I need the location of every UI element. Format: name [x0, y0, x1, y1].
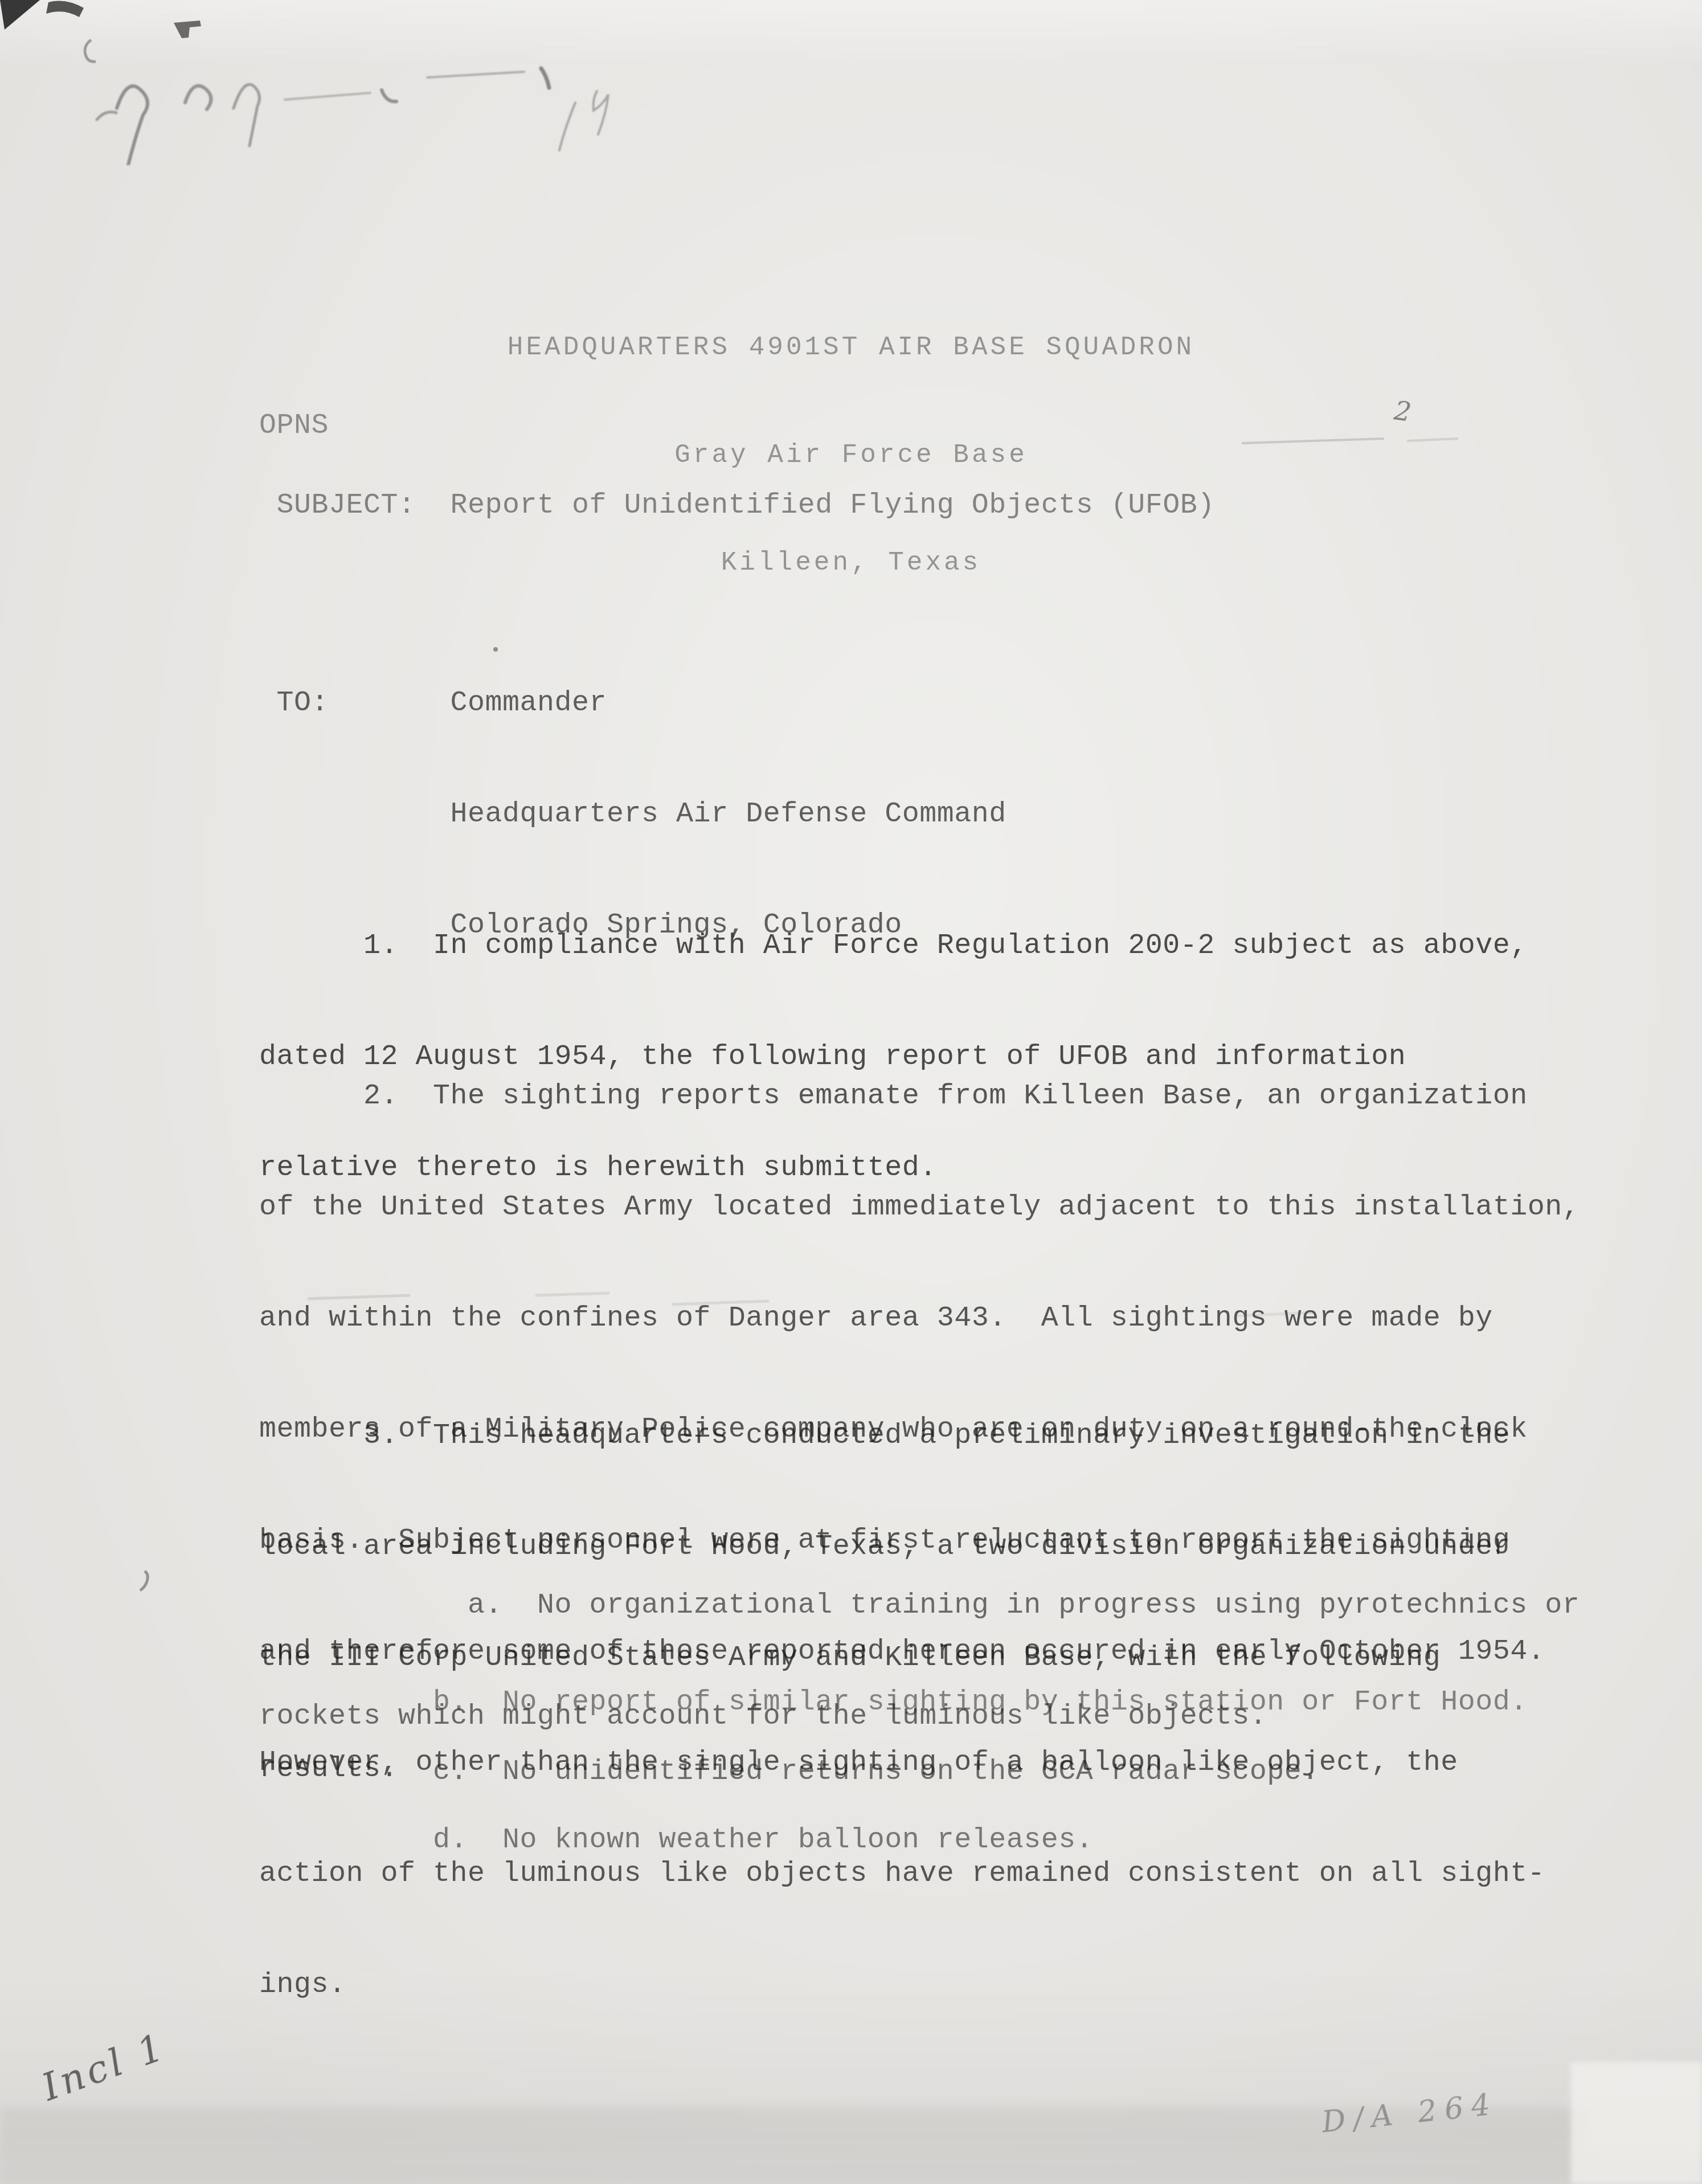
paragraph-2-line: 2. The sighting reports emanate from Kil…: [259, 1078, 1580, 1115]
letterhead-location: Killeen, Texas: [23, 545, 1679, 582]
paragraph-2-line: of the United States Army located immedi…: [259, 1189, 1580, 1226]
subject-line: SUBJECT: Report of Unidentified Flying O…: [259, 487, 1215, 524]
paragraph-2-line: and within the confines of Danger area 3…: [259, 1300, 1580, 1337]
paragraph-3-line: 3. This headquarters conducted a prelimi…: [259, 1417, 1510, 1454]
letterhead-unit: HEADQUARTERS 4901ST AIR BASE SQUADRON: [23, 330, 1679, 367]
office-symbol: OPNS: [259, 407, 329, 444]
subitem-d: d. No known weather balloon releases.: [259, 1748, 1093, 1933]
stray-comma-mark: [137, 1567, 154, 1595]
subitem-d-line: d. No known weather balloon releases.: [259, 1822, 1093, 1859]
scan-shadow-band-lower: [0, 2149, 1702, 2184]
pencil-scribble-icon: [63, 23, 632, 165]
letterhead: HEADQUARTERS 4901ST AIR BASE SQUADRON Gr…: [23, 259, 1679, 653]
paragraph-1-line: 1. In compliance with Air Force Regulati…: [259, 927, 1528, 964]
addressee-org: Headquarters Air Defense Command: [259, 796, 1007, 833]
scan-corner-patch: [1571, 2062, 1702, 2184]
paragraph-2-line: ings.: [259, 1966, 1580, 2003]
addressee-title: TO: Commander: [259, 685, 1007, 722]
scanned-memo-page: HEADQUARTERS 4901ST AIR BASE SQUADRON Gr…: [0, 0, 1702, 2184]
handwritten-enclosure-note: Incl 1: [36, 2025, 172, 2110]
scan-edge-marks: [0, 0, 239, 80]
